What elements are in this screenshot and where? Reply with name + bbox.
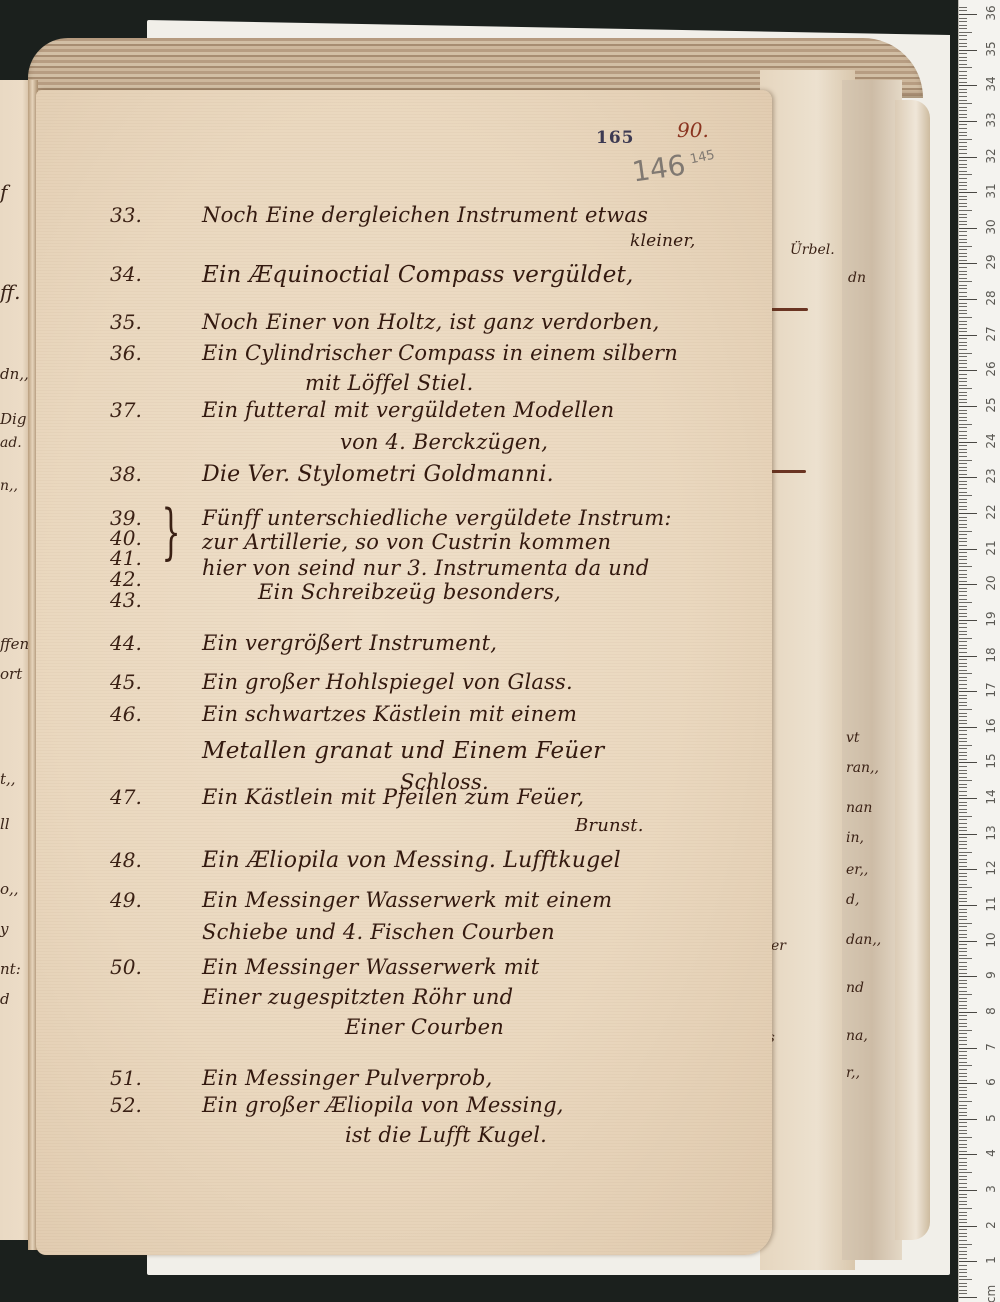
ruler-tick [959,1119,977,1120]
ruler-tick [959,844,967,845]
ruler-tick [959,673,972,674]
ruler-tick [959,18,967,19]
ruler-tick [959,256,967,257]
ruler-tick [959,249,967,250]
entry-line: Ein Æquinoctial Compass vergüldet, [202,262,634,288]
ruler-tick [959,1023,967,1024]
ruler-tick [959,766,967,767]
ruler-label: 1 [984,1250,998,1270]
entry-number: 52. [110,1093,162,1117]
ruler-tick [959,1030,972,1031]
ruler-tick [959,85,977,86]
ruler-tick [959,328,967,329]
ruler-label: 12 [984,858,998,878]
ruler-tick [959,338,967,339]
ruler-tick [959,46,967,47]
ruler-tick [959,1212,967,1213]
ruler-tick [959,1147,967,1148]
ruler-tick [959,345,967,346]
ruler-tick [959,392,967,393]
ruler-tick [959,759,967,760]
edge-fragment: na, [846,1028,868,1044]
ruler-tick [959,905,977,906]
ruler-tick [959,958,972,959]
ruler-tick [959,288,967,289]
ruler-tick [959,969,967,970]
ruler-tick [959,616,967,617]
ruler-tick [959,399,967,400]
ruler-tick [959,998,967,999]
ruler-tick [959,627,967,628]
ruler-label: 27 [984,324,998,344]
entry-line: Noch Eine dergleichen Instrument etwas [202,203,648,227]
ruler-tick [959,691,977,692]
ruler-tick [959,705,967,706]
entry-line: Ein vergrößert Instrument, [202,631,497,655]
ruler-tick [959,1179,967,1180]
entry-line: Ein Æliopila von Messing. Lufftkugel [202,848,621,873]
edge-fragment: d, [846,892,859,908]
ruler-tick [959,620,977,621]
entry-number: 37. [110,398,162,422]
ruler-tick [959,231,967,232]
ruler-tick [959,460,972,461]
ruler-tick [959,1176,967,1177]
ruler-tick [959,117,967,118]
ruler-tick [959,713,967,714]
edge-fragment: dn [848,270,866,286]
ruler-tick [959,770,967,771]
entry-line: Ein Messinger Pulverprob, [202,1066,493,1090]
ruler-tick [959,178,967,179]
ruler-tick [959,1008,967,1009]
ruler-tick [959,82,967,83]
ruler-tick [959,559,967,560]
ruler-label: 16 [984,716,998,736]
ruler-tick [959,513,977,514]
ruler-tick [959,1194,967,1195]
edge-fragment: in, [846,830,864,846]
ruler-tick [959,174,972,175]
ruler-tick [959,1037,967,1038]
ruler-tick [959,1097,967,1098]
ruler-tick [959,182,967,183]
ruler-tick [959,837,967,838]
ruler-tick [959,812,967,813]
ruler-label: 24 [984,431,998,451]
ruler-tick [959,641,967,642]
ruler-tick [959,862,967,863]
entry-line: Fünff unterschiedliche vergüldete Instru… [202,506,672,530]
ruler-tick [959,10,967,11]
ruler-tick [959,1062,967,1063]
ruler-label: 36 [984,3,998,23]
entry-number: 35. [110,310,162,334]
ruler-tick [959,670,967,671]
ruler-tick [959,951,967,952]
ruler-tick [959,331,967,332]
ruler-tick [959,217,967,218]
ruler-tick [959,1154,977,1155]
ruler-label: 15 [984,751,998,771]
ruler-tick [959,385,967,386]
ruler-tick [959,1144,967,1145]
ruler-tick [959,1240,967,1241]
ruler-tick [959,395,967,396]
ruler-tick [959,787,967,788]
ruler-tick [959,809,967,810]
ruler-tick [959,310,967,311]
ruler-tick [959,1236,967,1237]
entry-line: Ein Kästlein mit Pfeilen zum Feüer, [202,785,584,809]
ruler-tick [959,1055,967,1056]
ruler-tick [959,1108,967,1109]
ruler-tick [959,1094,967,1095]
ruler-tick [959,545,967,546]
entry-line: Einer Courben [345,1015,504,1039]
ruler-tick [959,189,967,190]
ruler-tick [959,374,967,375]
ruler-tick [959,167,967,168]
ruler-tick [959,695,967,696]
ruler-tick [959,602,972,603]
ruler-tick [959,1165,967,1166]
left-fragment: ad. [0,435,22,451]
ruler-tick [959,549,977,550]
ruler-tick [959,848,967,849]
ruler-tick [959,880,967,881]
ruler-tick [959,983,967,984]
entry-line: Metallen granat und Einem Feüer [202,738,604,764]
ruler-tick [959,89,967,90]
ruler-tick [959,263,977,264]
ruler-tick [959,994,972,995]
ruler-tick [959,1204,967,1205]
ruler-tick [959,973,967,974]
entry-number: 38. [110,462,162,486]
ruler-tick [959,60,967,61]
ruler-label: 14 [984,787,998,807]
ruler-tick [959,378,967,379]
entry-line: Die Ver. Stylometri Goldmanni. [202,462,554,487]
ruler-tick [959,702,967,703]
ruler-tick [959,427,967,428]
ruler-tick [959,1122,967,1123]
ink-stroke [768,308,808,311]
entry-line: Ein Messinger Wasserwerk mit einem [202,888,612,912]
entry-line: hier von seind nur 3. Instrumenta da und [202,556,649,580]
ruler-tick [959,1112,967,1113]
ruler-tick [959,755,967,756]
ruler-tick [959,819,967,820]
left-fragment: nt: [0,960,21,978]
ruler-tick [959,656,977,657]
ruler-label: 22 [984,502,998,522]
ruler-tick [959,1293,967,1294]
ruler-tick [959,210,972,211]
edge-fragment: ran,, [846,760,879,776]
ruler-tick [959,296,967,297]
ruler-tick [959,1226,977,1227]
ruler-label: 11 [984,894,998,914]
entry-line: Ein Cylindrischer Compass in einem silbe… [202,341,678,365]
entry-line: Brunst. [575,815,644,836]
ruler-tick [959,506,967,507]
underlying-leaf-3 [895,100,930,1240]
ruler-tick [959,556,967,557]
ruler-tick [959,891,967,892]
ruler-tick [959,648,967,649]
ruler-tick [959,1208,972,1209]
ruler-tick [959,795,967,796]
ruler-tick [959,488,967,489]
ruler-label: 2 [984,1215,998,1235]
ruler-tick [959,1251,967,1252]
entry-line: kleiner, [630,231,696,251]
ruler-label: 7 [984,1037,998,1057]
edge-fragment: nan [846,800,872,816]
ruler-tick [959,1276,967,1277]
ruler-tick [959,196,967,197]
ruler-tick [959,246,972,247]
ruler-tick [959,866,967,867]
ruler-tick [959,613,967,614]
ruler-tick [959,1019,967,1020]
entry-line: Ein Schreibzeüg besonders, [258,580,561,604]
entry-number: 51. [110,1066,162,1090]
ruler-tick [959,1247,967,1248]
ruler-tick [959,741,967,742]
ruler-tick [959,1283,967,1284]
ruler-tick [959,14,977,15]
ruler-tick [959,738,967,739]
ruler-tick [959,1115,967,1116]
ruler-tick [959,481,967,482]
left-fragment: Dig [0,410,26,428]
ruler-tick [959,901,967,902]
ruler-tick [959,762,977,763]
entry-number: 36. [110,341,162,365]
left-fragment: d [0,990,10,1008]
left-fragment: f [0,180,7,204]
ruler-tick [959,107,967,108]
ruler-tick [959,103,972,104]
ruler-tick [959,292,967,293]
ruler-tick [959,260,967,261]
ruler-tick [959,64,967,65]
edge-fragment: nd [846,980,864,996]
ruler-tick [959,541,967,542]
ruler-tick [959,157,977,158]
ruler-tick [959,35,967,36]
ruler-tick [959,784,967,785]
ruler-tick [959,1261,977,1262]
ruler-tick [959,1201,967,1202]
left-fragment: y [0,920,8,938]
ruler-tick [959,274,967,275]
ruler-tick [959,584,977,585]
ruler-tick [959,303,967,304]
ruler-tick [959,1265,967,1266]
ruler-tick [959,495,972,496]
entry-line: Ein schwartzes Kästlein mit einem [202,702,577,726]
ruler-tick [959,941,977,942]
ruler-tick [959,431,967,432]
ruler-tick [959,581,967,582]
ruler-tick [959,1005,967,1006]
ruler-tick [959,1069,967,1070]
ruler-tick [959,413,967,414]
ruler-tick [959,698,967,699]
ruler-tick [959,1048,977,1049]
ruler-tick [959,1222,967,1223]
ruler-label: 17 [984,680,998,700]
ruler-tick [959,966,967,967]
ruler-tick [959,96,967,97]
ruler-tick [959,438,967,439]
underlying-leaf-1: Ürbel. ger ts n [760,70,855,1270]
ruler-tick [959,898,967,899]
ruler-tick [959,869,977,870]
entry-number: 48. [110,848,162,872]
ruler-tick [959,317,972,318]
ruler-tick [959,609,967,610]
ruler-tick [959,791,967,792]
ruler-tick [959,1058,967,1059]
entry-line: Einer zugespitzten Röhr und [202,985,513,1009]
ruler-label: 21 [984,538,998,558]
ruler-tick [959,449,967,450]
ruler-tick [959,370,977,371]
entry-number: 44. [110,631,162,655]
ruler-label: 31 [984,181,998,201]
ruler-tick [959,777,967,778]
ruler-tick [959,798,977,799]
ruler-tick [959,716,967,717]
ruler-tick [959,991,967,992]
ruler-tick [959,121,977,122]
ruler-tick [959,944,967,945]
ruler-tick [959,652,967,653]
ruler-tick [959,1051,967,1052]
ruler-tick [959,335,977,336]
ruler-tick [959,100,967,101]
left-fragment: dn,, [0,365,29,383]
ruler-tick [959,1183,967,1184]
ruler-tick [959,242,967,243]
edge-fragment: er,, [846,862,868,878]
ruler-tick [959,1215,967,1216]
ruler-tick [959,239,967,240]
ruler-tick [959,139,972,140]
ruler-label: 32 [984,146,998,166]
ruler-tick [959,645,967,646]
ruler-tick [959,484,967,485]
ruler-tick [959,805,967,806]
ruler-tick [959,1137,972,1138]
entry-line: zur Artillerie, so von Custrin kommen [202,530,611,554]
ruler-tick [959,135,967,136]
ruler-tick [959,435,967,436]
ruler-tick [959,32,972,33]
grouping-brace: } [162,502,181,562]
ruler-tick [959,531,972,532]
ruler-tick [959,1133,967,1134]
ruler-tick [959,1233,967,1234]
ruler-tick [959,71,967,72]
left-fragment: ff. [0,280,21,304]
ruler-tick [959,467,967,468]
ruler-tick [959,623,967,624]
ruler-tick [959,934,967,935]
ruler-tick [959,492,967,493]
ruler-tick [959,663,967,664]
ruler-tick [959,666,967,667]
entry-line: ist die Lufft Kugel. [345,1123,547,1147]
ruler-tick [959,834,977,835]
ruler-label: 3 [984,1179,998,1199]
ruler-label: 19 [984,609,998,629]
ruler-tick [959,909,967,910]
edge-fragment: Ürbel. [790,242,835,258]
ruler-tick [959,499,967,500]
ruler-tick [959,1254,967,1255]
ruler-tick [959,574,967,575]
entry-number: 49. [110,888,162,912]
ruler-tick [959,402,967,403]
ruler-label: 28 [984,288,998,308]
ruler-tick [959,894,967,895]
entry-line: Ein großer Hohlspiegel von Glass. [202,670,573,694]
ruler-tick [959,1015,967,1016]
ruler-tick [959,128,967,129]
ruler-tick [959,456,967,457]
ruler-tick [959,570,967,571]
ruler-label: 9 [984,965,998,985]
ruler-tick [959,1026,967,1027]
ruler-tick [959,727,977,728]
ruler-tick [959,1101,972,1102]
ruler-tick [959,1012,977,1013]
ruler-tick [959,524,967,525]
ruler-tick [959,1126,967,1127]
ruler-tick [959,1279,972,1280]
ruler-tick [959,25,967,26]
ruler-tick [959,67,972,68]
ruler-label: 18 [984,645,998,665]
ruler-tick [959,1083,977,1084]
ruler-tick [959,634,967,635]
entry-number: 43. [110,588,162,612]
ruler-tick [959,802,967,803]
ruler-tick [959,1172,972,1173]
ruler-tick [959,410,967,411]
ruler-tick [959,417,967,418]
ruler-tick [959,1187,967,1188]
ruler-tick [959,677,967,678]
ruler-label: 34 [984,74,998,94]
ruler-label: 8 [984,1001,998,1021]
ruler-tick [959,577,967,578]
ruler-tick [959,1272,967,1273]
entry-line: Ein futteral mit vergüldeten Modellen [202,398,614,422]
ruler-tick [959,827,967,828]
ruler-label: 5 [984,1108,998,1128]
ruler-tick [959,235,967,236]
ruler-tick [959,474,967,475]
ruler-label: 30 [984,217,998,237]
ruler-tick [959,356,967,357]
